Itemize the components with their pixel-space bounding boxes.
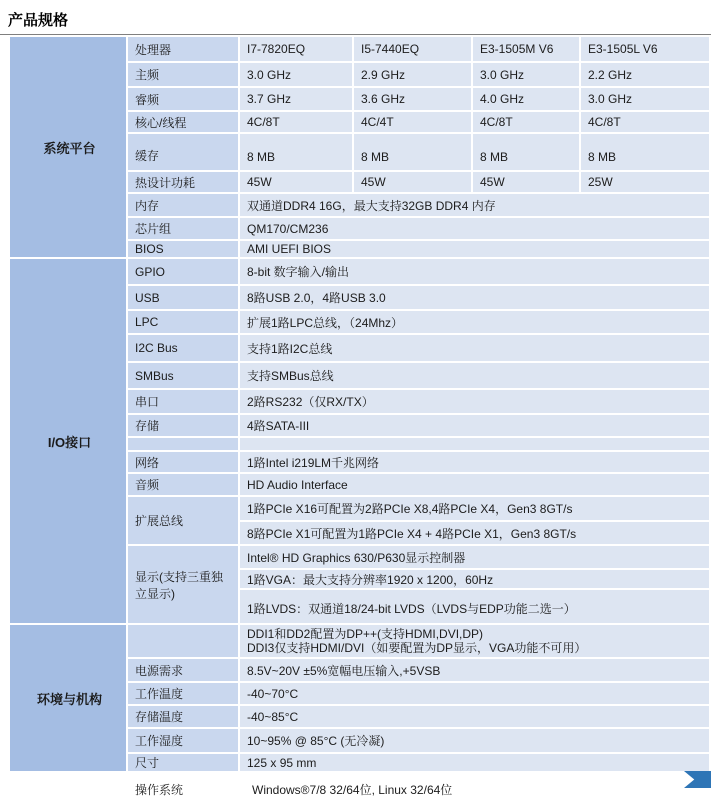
row-label: 电源需求 [128,659,238,681]
cell-value: I7-7820EQ [240,37,352,61]
row-label-empty [128,438,238,450]
cell-value: 25W [581,172,709,192]
cell-value: 4路SATA-III [240,415,709,436]
spec-row-cpu: 系统平台 处理器 I7-7820EQ I5-7440EQ E3-1505M V6… [10,37,709,61]
row-label-empty [128,625,238,657]
cell-value: HD Audio Interface [240,474,709,495]
cell-value: 1路LVDS：双通道18/24-bit LVDS（LVDS与EDP功能二选一） [240,590,709,623]
row-label: LPC [128,311,238,333]
cell-value: 4C/4T [354,112,471,132]
cell-value: -40~85°C [240,706,709,727]
cell-value: E3-1505L V6 [581,37,709,61]
ddi-line-2: DDI3仅支持HDMI/DVI（如要配置为DP显示，VGA功能不可用） [247,641,705,655]
cell-value: I5-7440EQ [354,37,471,61]
row-label: 音频 [128,474,238,495]
row-label: 串口 [128,390,238,413]
cell-value: 45W [354,172,471,192]
spec-row-ddi: 环境与机构 DDI1和DD2配置为DP++(支持HDMI,DVI,DP) DDI… [10,625,709,657]
cell-value: 双通道DDR4 16G，最大支持32GB DDR4 内存 [240,194,709,216]
cell-value: DDI1和DD2配置为DP++(支持HDMI,DVI,DP) DDI3仅支持HD… [240,625,709,657]
cell-value: Windows®7/8 32/64位, Linux 32/64位 [252,781,452,798]
cell-value: 3.0 GHz [240,63,352,86]
row-label: 睿频 [128,88,238,110]
row-label: GPIO [128,259,238,284]
cell-value: 3.0 GHz [473,63,579,86]
cell-value: 1路VGA：最大支持分辨率1920 x 1200，60Hz [240,570,709,588]
spec-row-gpio: I/O接口 GPIO 8-bit 数字输入/输出 [10,259,709,284]
cell-value: E3-1505M V6 [473,37,579,61]
cell-value: 2.2 GHz [581,63,709,86]
row-label: SMBus [128,363,238,388]
cell-value: 125 x 95 mm [240,754,709,771]
cell-value: 2路RS232（仅RX/TX） [240,390,709,413]
cell-value: 8路USB 2.0，4路USB 3.0 [240,286,709,309]
cell-value: 8-bit 数字输入/输出 [240,259,709,284]
row-label: 显示(支持三重独立显示) [128,546,238,623]
cell-value: 4C/8T [581,112,709,132]
cell-value: 8.5V~20V ±5%宽幅电压输入,+5VSB [240,659,709,681]
row-label: 操作系统 [135,781,247,798]
cell-value: 8 MB [581,134,709,170]
ribbon-bookmark-icon [684,771,711,788]
cell-value: 4.0 GHz [473,88,579,110]
cell-value: 扩展1路LPC总线，（24Mhz） [240,311,709,333]
page-title: 产品规格 [0,0,711,35]
cell-value: 3.0 GHz [581,88,709,110]
row-label: 内存 [128,194,238,216]
cell-value: 支持1路I2C总线 [240,335,709,361]
spec-table: 系统平台 处理器 I7-7820EQ I5-7440EQ E3-1505M V6… [8,35,711,773]
section-io-interface: I/O接口 [10,259,126,623]
cell-value: 1路PCIe X16可配置为2路PCIe X8,4路PCIe X4，Gen3 8… [240,497,709,520]
row-label: 扩展总线 [128,497,238,544]
row-label: 存储 [128,415,238,436]
cell-value-empty [240,438,709,450]
section-system-platform: 系统平台 [10,37,126,257]
spec-row-os: 操作系统 Windows®7/8 32/64位, Linux 32/64位 [0,781,711,798]
row-label: 热设计功耗 [128,172,238,192]
cell-value: 45W [473,172,579,192]
row-label: 核心/线程 [128,112,238,132]
ddi-line-1: DDI1和DD2配置为DP++(支持HDMI,DVI,DP) [247,627,705,641]
cell-value: 支持SMBus总线 [240,363,709,388]
cell-value: 2.9 GHz [354,63,471,86]
cell-value: 8路PCIe X1可配置为1路PCIe X4 + 4路PCIe X1，Gen3 … [240,522,709,544]
row-label: USB [128,286,238,309]
row-label: 网络 [128,452,238,472]
row-label: 主频 [128,63,238,86]
cell-value: 10~95% @ 85°C (无冷凝) [240,729,709,752]
cell-value: 3.6 GHz [354,88,471,110]
row-label: 存储温度 [128,706,238,727]
row-label: 尺寸 [128,754,238,771]
row-label: 缓存 [128,134,238,170]
row-label: 工作湿度 [128,729,238,752]
row-label: 芯片组 [128,218,238,239]
cell-value: -40~70°C [240,683,709,704]
cell-value: 45W [240,172,352,192]
cell-value: 8 MB [473,134,579,170]
row-label: 处理器 [128,37,238,61]
cell-value: 4C/8T [473,112,579,132]
cell-value: 8 MB [240,134,352,170]
cell-value: Intel® HD Graphics 630/P630显示控制器 [240,546,709,568]
cell-value: QM170/CM236 [240,218,709,239]
cell-value: 1路Intel i219LM千兆网络 [240,452,709,472]
section-environment-mechanical: 环境与机构 [10,625,126,771]
cell-value: 4C/8T [240,112,352,132]
row-label: 工作温度 [128,683,238,704]
cell-value: 8 MB [354,134,471,170]
row-label: BIOS [128,241,238,257]
row-label: I2C Bus [128,335,238,361]
cell-value: 3.7 GHz [240,88,352,110]
cell-value: AMI UEFI BIOS [240,241,709,257]
